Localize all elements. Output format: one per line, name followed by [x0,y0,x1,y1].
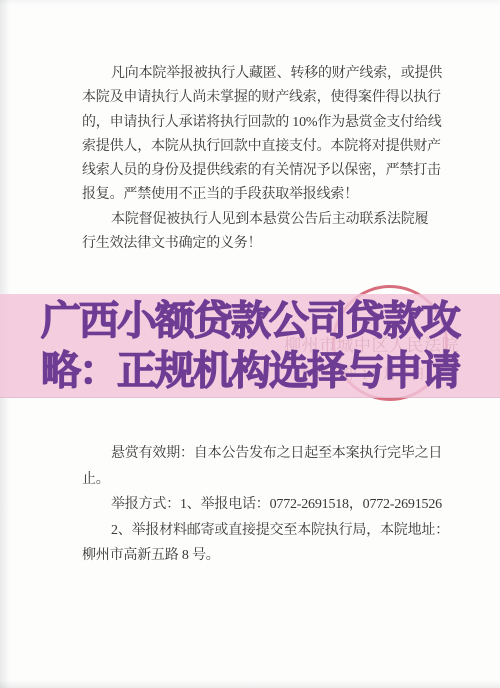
body-text-line: 悬赏有效期：自本公告发布之日起至本案执行完毕之日 [82,441,448,467]
body-text-line: 线索人员的身份及提供线索的有关情况予以保密，严禁打击 [82,159,448,183]
body-text-line: 本院督促被执行人见到本悬赏公告后主动联系法院履 [82,208,448,232]
scanned-document-page: 凡向本院举报被执行人藏匿、转移的财产线索，或提供 本院及申请执行人尚未掌握的财产… [0,0,500,688]
paper-edge-shadow-bottom [0,680,500,688]
body-text-line: 柳州市高新五路 8 号。 [82,543,448,569]
paragraph-report-info: 悬赏有效期：自本公告发布之日起至本案执行完毕之日 止。 举报方式：1、举报电话：… [82,441,448,569]
body-text-line: 止。 [82,467,448,493]
banner-title-line-2: 略：正规机构选择与申请 [41,346,459,396]
body-text-line: 凡向本院举报被执行人藏匿、转移的财产线索，或提供 [82,62,448,86]
body-text-line: 的，申请执行人承诺将执行回款的 10%作为悬赏金支付给线 [82,111,448,135]
body-text-line: 报复。严禁使用不正当的手段获取举报线索！ [82,183,448,207]
title-banner-overlay: 广西小额贷款公司贷款攻 略：正规机构选择与申请 [0,294,500,398]
body-text-line: 2、举报材料邮寄或直接提交至本院执行局，本院地址： [82,518,448,544]
banner-title-line-1: 广西小额贷款公司贷款攻 [41,296,459,346]
paper-edge-shadow-top [0,0,500,6]
body-text-line: 本院及申请执行人尚未掌握的财产线索，使得案件得以执行 [82,86,448,110]
body-text-line: 举报方式：1、举报电话：0772-2691518，0772-2691526 [82,492,448,518]
paragraph-reward-terms: 凡向本院举报被执行人藏匿、转移的财产线索，或提供 本院及申请执行人尚未掌握的财产… [82,62,448,256]
body-text-line: 行生效法律文书确定的义务！ [82,232,448,256]
body-text-line: 索提供人，本院从执行回款中直接支付。本院将对提供财产 [82,135,448,159]
